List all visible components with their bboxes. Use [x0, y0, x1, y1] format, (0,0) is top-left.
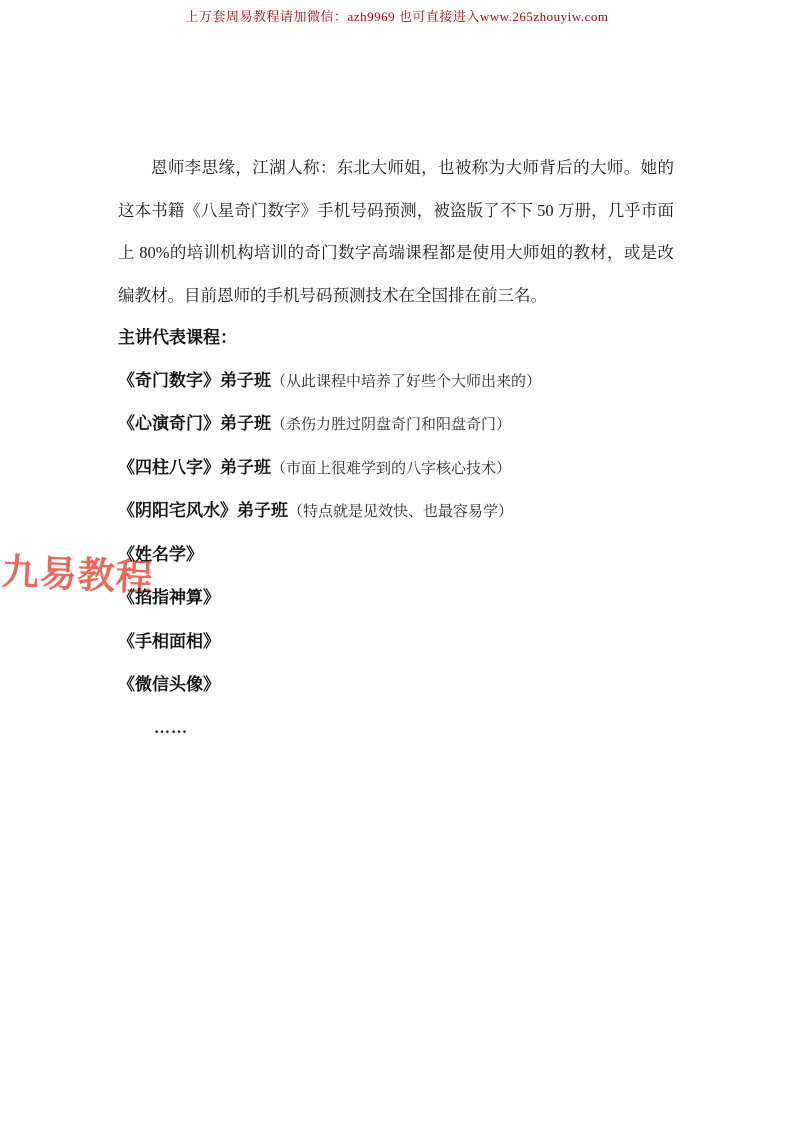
course-title: 《姓名学》	[118, 545, 203, 564]
course-item: 《微信头像》	[118, 664, 674, 708]
course-title: 《掐指神算》	[118, 588, 220, 607]
course-title: 《手相面相》	[118, 632, 220, 651]
course-note: （杀伤力胜过阴盘奇门和阳盘奇门）	[271, 417, 511, 433]
course-item: 《姓名学》	[118, 534, 674, 578]
course-note: （特点就是见效快、也最容易学）	[288, 504, 513, 520]
course-note: （市面上很难学到的八字核心技术）	[271, 461, 511, 477]
course-item: 《心演奇门》弟子班（杀伤力胜过阴盘奇门和阳盘奇门）	[118, 403, 674, 447]
course-item: 《四柱八字》弟子班（市面上很难学到的八字核心技术）	[118, 447, 674, 491]
course-item: 《阴阳宅风水》弟子班（特点就是见效快、也最容易学）	[118, 490, 674, 534]
document-page: 上万套周易教程请加微信：azh9969 也可直接进入www.265zhouyiw…	[0, 0, 794, 1123]
course-title: 《奇门数字》弟子班	[118, 371, 271, 390]
course-title: 《心演奇门》弟子班	[118, 414, 271, 433]
page-header-promo-text: 上万套周易教程请加微信：azh9969 也可直接进入www.265zhouyiw…	[0, 6, 794, 25]
course-title: 《微信头像》	[118, 675, 220, 694]
course-item: 《手相面相》	[118, 621, 674, 665]
section-heading: 主讲代表课程：	[118, 317, 674, 360]
ellipsis-line: ……	[118, 708, 674, 751]
intro-paragraph: 恩师李思缘，江湖人称：东北大师姐，也被称为大师背后的大师。她的这本书籍《八星奇门…	[118, 147, 674, 317]
course-title: 《阴阳宅风水》弟子班	[118, 501, 288, 520]
document-body: 恩师李思缘，江湖人称：东北大师姐，也被称为大师背后的大师。她的这本书籍《八星奇门…	[118, 147, 674, 750]
course-item: 《奇门数字》弟子班（从此课程中培养了好些个大师出来的）	[118, 360, 674, 404]
course-title: 《四柱八字》弟子班	[118, 458, 271, 477]
course-item: 《掐指神算》	[118, 577, 674, 621]
course-note: （从此课程中培养了好些个大师出来的）	[271, 374, 541, 390]
